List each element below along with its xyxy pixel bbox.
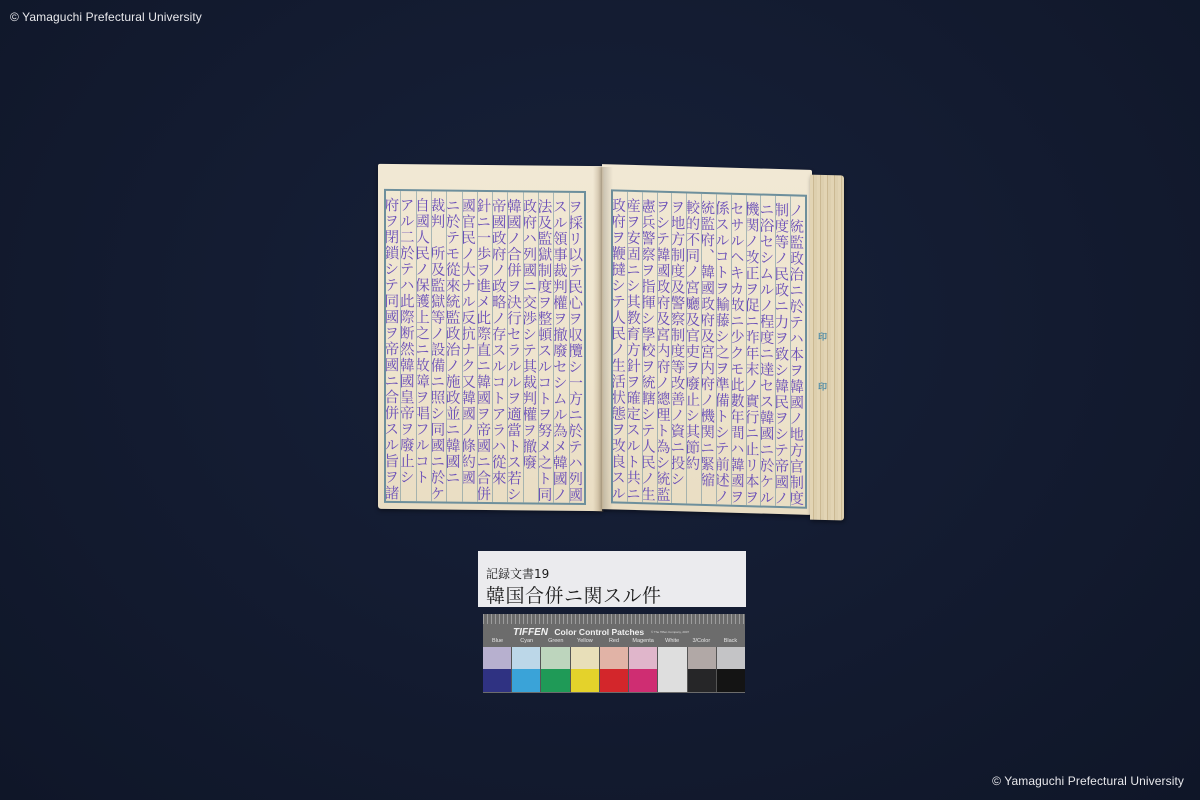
text-column: 係スルコトヲ輸藤シ之ヲ準備トシテ前述ノ xyxy=(716,194,731,504)
patch-green xyxy=(541,669,570,692)
patch-red xyxy=(600,669,629,692)
open-book: ヲ採リ以テ民心ヲ収攬シ一方ニ於テハ列國ニ スル領事裁判權ヲ撤廢セシムル為メ韓國ノ… xyxy=(378,165,848,515)
patch-red-light xyxy=(600,647,629,669)
text-column: ヲ地方制度及警察制度等改善ノ資ニ投シ xyxy=(671,193,686,503)
text-column: 國官民ノ大ナル反抗ナク又韓國ノ條約國 xyxy=(462,192,477,502)
chart-brand: TIFFEN Color Control Patches xyxy=(513,627,644,638)
patch-name: Black xyxy=(716,638,745,644)
patch-green-light xyxy=(541,647,570,669)
patch-magenta xyxy=(629,669,658,692)
text-column: アル二於テハ此際断然韓國皇帝ヲ廢止シ xyxy=(400,191,415,501)
text-column: 政府ヲ鞭撻シテ人民ノ生活状態ヲ改良スル xyxy=(613,191,627,501)
patch-cyan-light xyxy=(512,647,541,669)
chart-copyright: © The Tiffen Company, 2007 xyxy=(651,630,689,634)
page-edges: 印 印 xyxy=(810,175,844,521)
centimeter-ruler xyxy=(483,614,745,624)
patch-name: Green xyxy=(541,638,570,644)
text-column: 法及監獄制度ヲ整頓スルコトヲ努メ之ト同時 xyxy=(538,193,553,503)
patch-name: Magenta xyxy=(629,638,658,644)
right-page: ノ統監政治ニ於テハ本ヲ韓國ノ地方官制度 制度等ノ民政ニ力ヲ致シ韓民ヲシテ帝國ノ … xyxy=(602,164,812,515)
text-column: ニ浴セシムルノ程度ニ達セス韓國ニ於ケル xyxy=(760,195,775,505)
text-column: 較的不同ノ宮廳及官吏ヲ廢止シ其節約 xyxy=(686,193,701,503)
patch-name: Red xyxy=(599,638,628,644)
patch-yellow xyxy=(571,669,600,692)
patch-name: 3/Color xyxy=(687,638,716,644)
patch-black-light xyxy=(717,647,745,669)
patch-3color-light xyxy=(688,647,717,669)
edge-stamp: 印 xyxy=(818,380,827,393)
patch-blue-light xyxy=(483,647,512,669)
patch-name: Yellow xyxy=(570,638,599,644)
chart-title: Color Control Patches xyxy=(554,627,644,637)
patch-black xyxy=(717,669,745,692)
patch-magenta-light xyxy=(629,647,658,669)
copyright-watermark-top: © Yamaguchi Prefectural University xyxy=(10,10,202,24)
color-control-chart: TIFFEN Color Control Patches © The Tiffe… xyxy=(483,614,745,693)
text-column: スル領事裁判權ヲ撤廢セシムル為メ韓國ノ xyxy=(553,193,568,503)
text-column: 帝國政府ノ政略ノ存スルコトアラハ從來 xyxy=(492,192,507,502)
text-column: ニ於テモ從來統監政治ノ施政並ニ韓國ニ xyxy=(446,192,461,502)
text-column: ノ統監政治ニ於テハ本ヲ韓國ノ地方官制度 xyxy=(790,196,805,506)
patch-name: Cyan xyxy=(512,638,541,644)
book-gutter xyxy=(593,167,613,512)
left-page-text-frame: ヲ採リ以テ民心ヲ収攬シ一方ニ於テハ列國ニ スル領事裁判權ヲ撤廢セシムル為メ韓國ノ… xyxy=(384,189,586,505)
text-column: ヲ採リ以テ民心ヲ収攬シ一方ニ於テハ列國ニ xyxy=(569,193,584,503)
patch-blue xyxy=(483,669,512,692)
edge-stamp: 印 xyxy=(818,330,827,343)
light-patch-row xyxy=(483,647,745,669)
text-column: 裁判 所及監獄等ノ設備ニ照シ同國ニ於ケル xyxy=(431,191,446,501)
document-label-card: 記録文書19 韓国合併ニ関スル件 xyxy=(478,551,746,607)
text-column: 政府ハ列國ニ交渉シテ其裁判權ヲ撤廢 xyxy=(523,192,538,502)
patch-white-lower xyxy=(658,669,687,692)
dark-patch-row xyxy=(483,669,745,692)
text-column: 制度等ノ民政ニ力ヲ致シ韓民ヲシテ帝國ノ xyxy=(775,196,790,506)
left-page: ヲ採リ以テ民心ヲ収攬シ一方ニ於テハ列國ニ スル領事裁判權ヲ撤廢セシムル為メ韓國ノ… xyxy=(378,164,602,511)
patch-name: White xyxy=(658,638,687,644)
text-column: 機関ノ改正ヲ促ニ昨年末ノ實行ニ止リ本ヲ xyxy=(746,195,761,505)
patch-white xyxy=(658,647,687,669)
text-column: 産ヲ安固ニシ其教育方針ヲ確定スルト共ニ xyxy=(627,192,642,502)
text-column: 憲兵警察ヲ指揮シ學校ヲ統轄シテ人民ノ生命 xyxy=(642,192,657,502)
text-column: ヲシテ韓國政府及宮内府ノ總理ト為シ統監 xyxy=(657,193,672,503)
text-column: 韓國ノ合併ヲ決行セラルルヲ適當トス若シ xyxy=(507,192,522,502)
patch-name: Blue xyxy=(483,638,512,644)
text-column: 統監府、韓國政府及宮内府ノ機関ニ緊縮 xyxy=(701,194,716,504)
tiffen-logo: TIFFEN xyxy=(513,627,548,638)
label-subtitle: 記録文書19 xyxy=(486,565,549,582)
label-title: 韓国合併ニ関スル件 xyxy=(486,581,662,608)
patch-yellow-light xyxy=(571,647,600,669)
patch-3color xyxy=(688,669,717,692)
text-column: 府ヲ閉鎖シテ同國ヲ帝國ニ合併スル旨ヲ諸外國ニ xyxy=(386,191,400,501)
text-column: セサルヘキカ故ニ少クモ此數年間ハ韓國ヲ xyxy=(731,195,746,505)
patch-cyan xyxy=(512,669,541,692)
right-page-text-frame: ノ統監政治ニ於テハ本ヲ韓國ノ地方官制度 制度等ノ民政ニ力ヲ致シ韓民ヲシテ帝國ノ … xyxy=(611,189,807,508)
patch-names: Blue Cyan Green Yellow Red Magenta White… xyxy=(483,638,745,644)
text-column: 針ニ一歩ヲ進メ此際直ニ韓國ヲ帝國ニ合併 xyxy=(477,192,492,502)
copyright-watermark-bottom: © Yamaguchi Prefectural University xyxy=(992,774,1184,788)
text-column: 自國人民ノ保護上之ニ故障ヲ唱フルコト xyxy=(416,191,431,501)
